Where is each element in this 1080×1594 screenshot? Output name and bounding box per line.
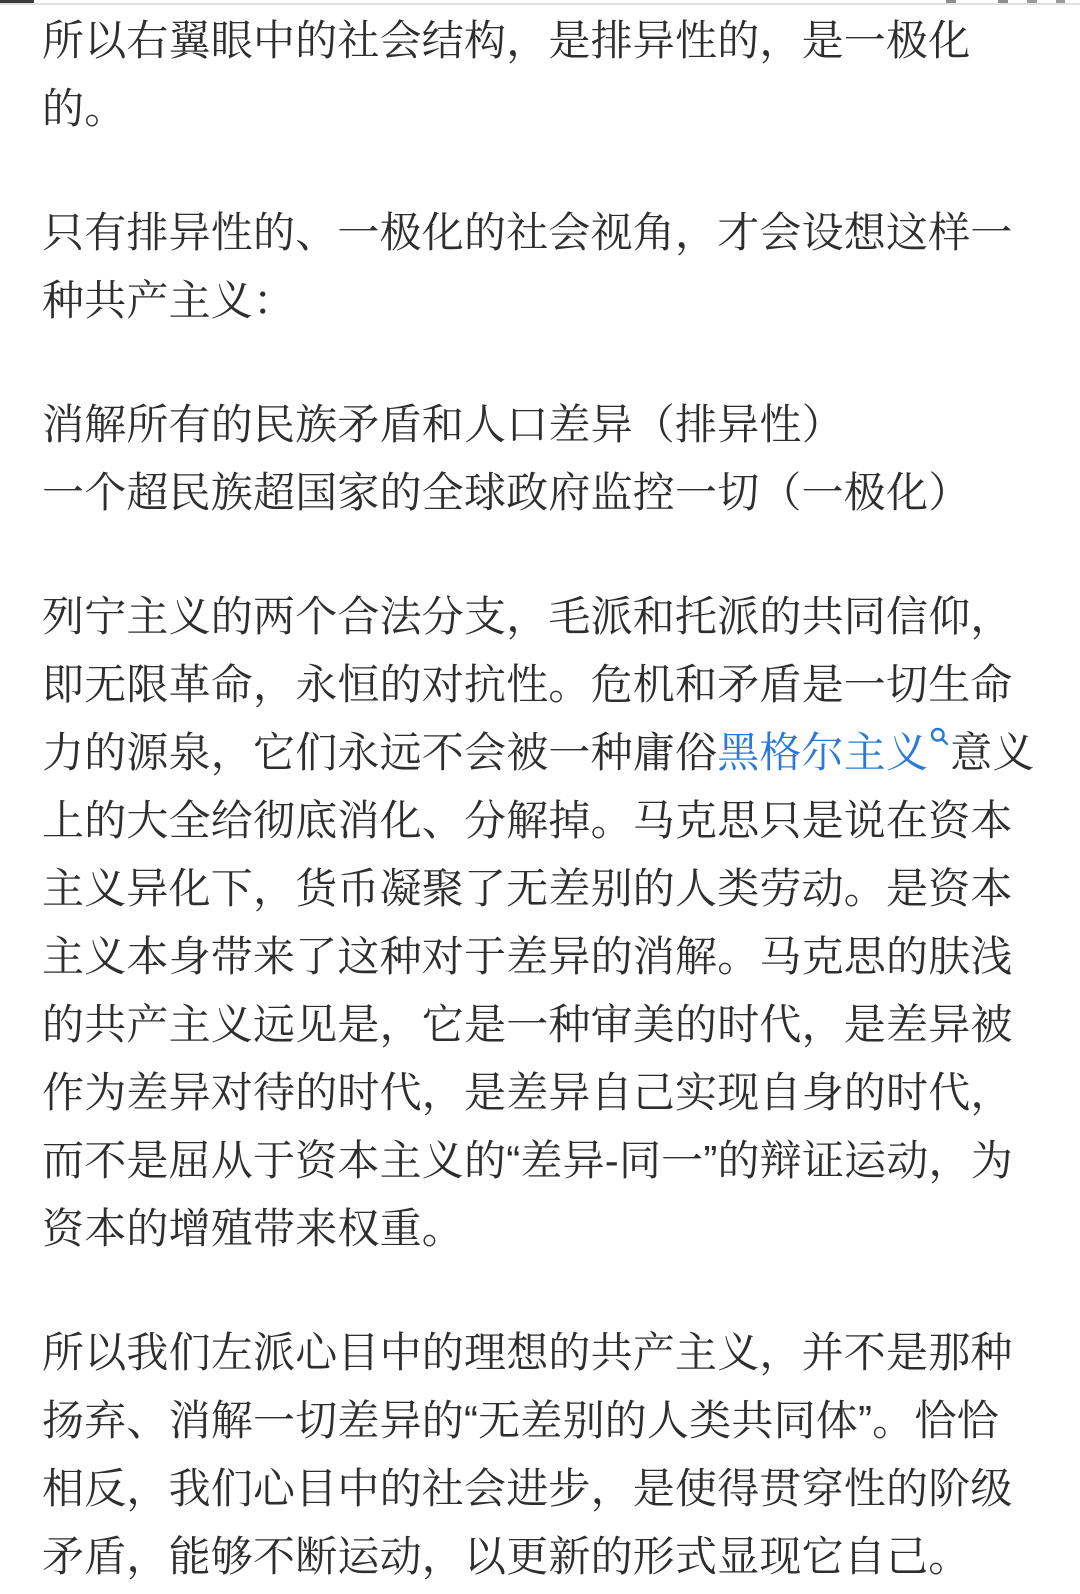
link-label: 黑格尔主义	[717, 729, 928, 776]
paragraph: 只有排异性的、一极化的社会视角，才会设想这样一种共产主义：	[42, 199, 1038, 335]
paragraph-line: 消解所有的民族矛盾和人口差异（排异性）	[42, 401, 844, 448]
hegelianism-search-link[interactable]: 黑格尔主义	[717, 729, 950, 776]
paragraph: 所以我们左派心目中的理想的共产主义，并不是那种扬弃、消解一切差异的“无差别的人类…	[42, 1319, 1038, 1591]
article-body: 所以右翼眼中的社会结构，是排异性的，是一极化的。 只有排异性的、一极化的社会视角…	[0, 0, 1080, 1591]
paragraph: 所以右翼眼中的社会结构，是排异性的，是一极化的。	[42, 7, 1038, 143]
paragraph-line: 一个超民族超国家的全球政府监控一切（一极化）	[42, 469, 970, 516]
search-icon	[929, 726, 950, 747]
paragraph: 消解所有的民族矛盾和人口差异（排异性）一个超民族超国家的全球政府监控一切（一极化…	[42, 391, 1038, 527]
paragraph: 列宁主义的两个合法分支，毛派和托派的共同信仰，即无限革命，永恒的对抗性。危机和矛…	[42, 583, 1038, 1263]
paragraph-text: 意义上的大全给彻底消化、分解掉。马克思只是说在资本主义异化下，货币凝聚了无差别的…	[42, 729, 1035, 1252]
